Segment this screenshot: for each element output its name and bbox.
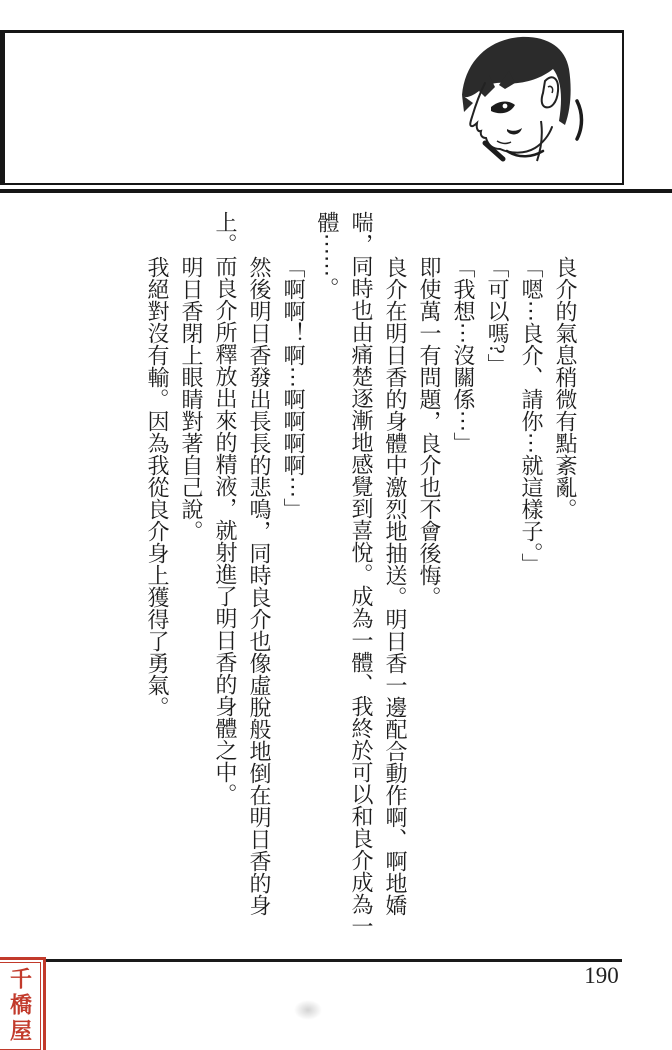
text-column: 明日香閉上眼睛對著自己說。 [176, 211, 206, 992]
text-column: 喘，同時也由痛楚逐漸地感覺到喜悅。成為一體、我終於可以和良介成為一 [346, 211, 376, 947]
text-column: 即使萬一有問題，良介也不會後悔。 [414, 211, 444, 992]
publisher-seal: 千橋屋 [0, 957, 46, 1050]
story-text: 良介的氣息稍微有點紊亂。「嗯⋯良介、請你⋯就這樣子。」「可以嗎?」「我想⋯沒關係… [0, 0, 672, 1050]
text-column: 「啊啊！啊⋯啊啊啊啊⋯」 [278, 211, 308, 992]
text-column: 「嗯⋯良介、請你⋯就這樣子。」 [516, 211, 546, 992]
text-column: 「我想⋯沒關係⋯」 [448, 211, 478, 992]
text-column: 上。而良介所釋放出來的精液，就射進了明日香的身體之中。 [210, 211, 240, 947]
text-column: 體⋯⋯。 [312, 211, 342, 947]
text-column: 良介的氣息稍微有點紊亂。 [550, 211, 580, 992]
footer-rule [37, 959, 622, 962]
text-column: 良介在明日香的身體中激烈地抽送。明日香一邊配合動作啊、啊地嬌 [380, 211, 410, 992]
scan-smudge [294, 1000, 322, 1020]
page-number: 190 [574, 963, 629, 989]
book-page: 良介的氣息稍微有點紊亂。「嗯⋯良介、請你⋯就這樣子。」「可以嗎?」「我想⋯沒關係… [0, 0, 672, 1050]
text-column: 「可以嗎?」 [482, 211, 512, 992]
text-column: 我絕對沒有輸。因為我從良介身上獲得了勇氣。 [142, 211, 172, 992]
text-column: 然後明日香發出長長的悲鳴，同時良介也像虛脫般地倒在明日香的身 [244, 211, 274, 992]
publisher-seal-text: 千橋屋 [0, 962, 41, 1050]
